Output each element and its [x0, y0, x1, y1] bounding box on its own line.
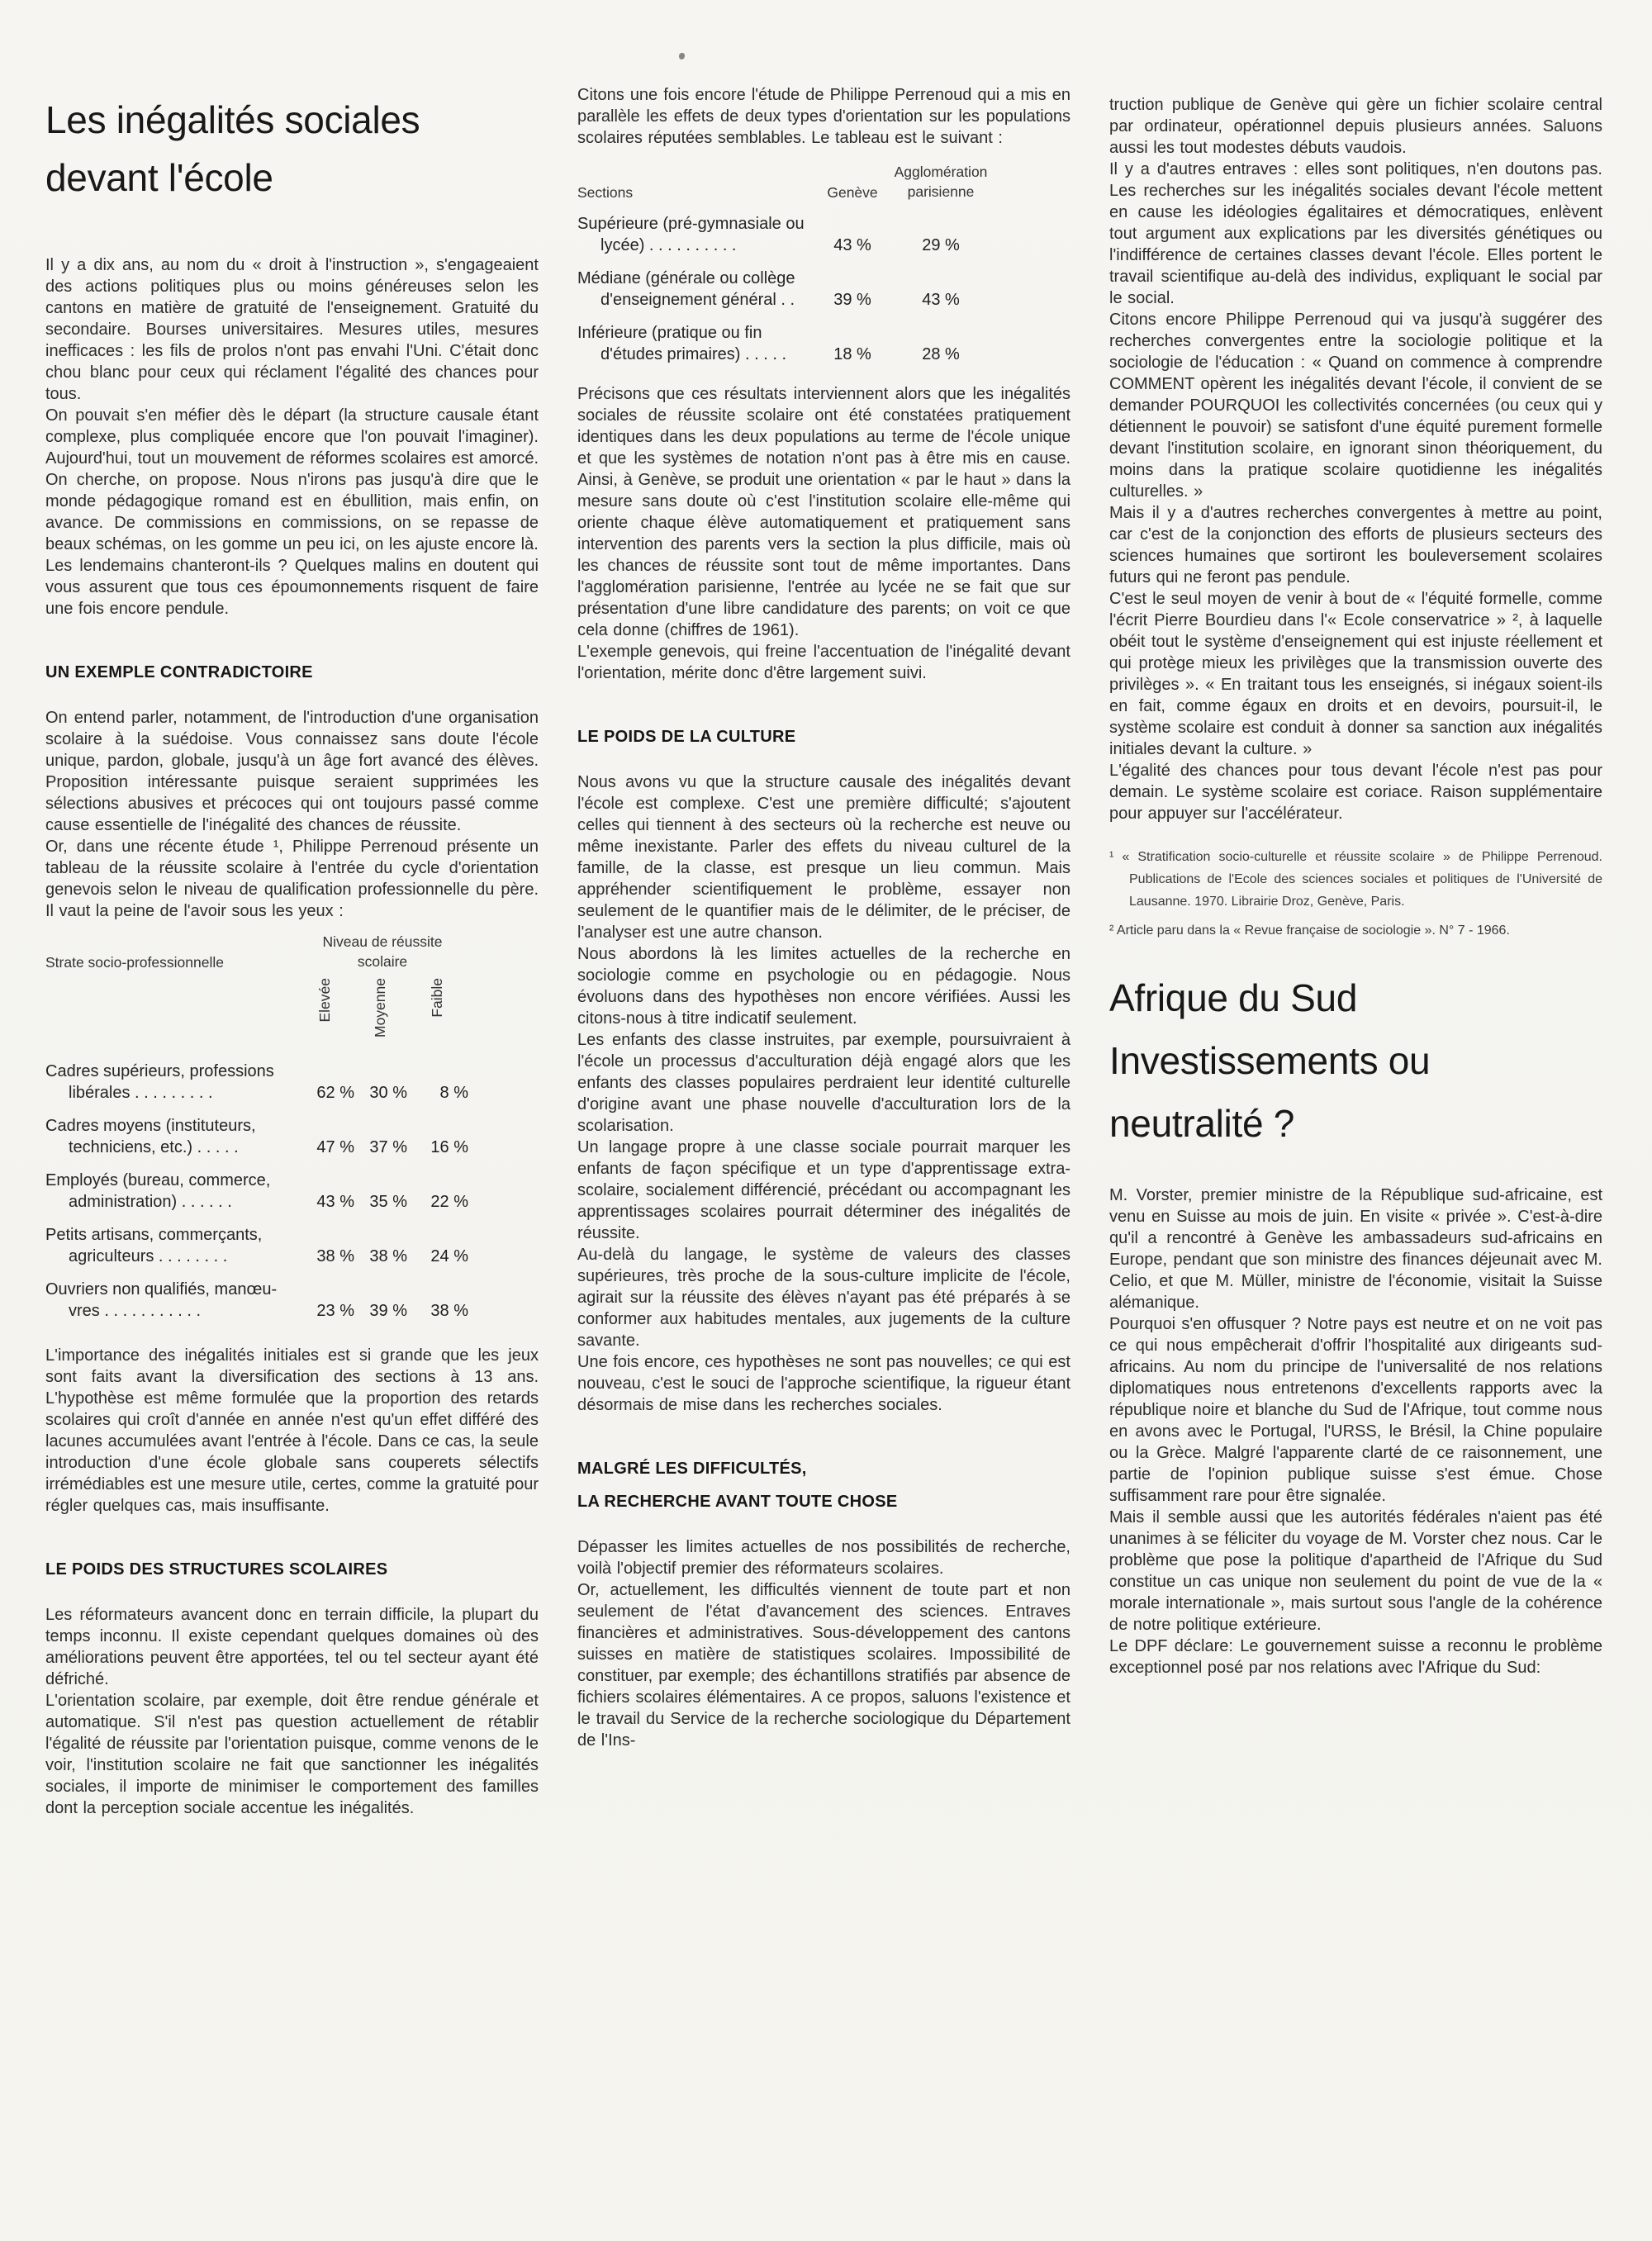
section-heading-recherche: MALGRÉ LES DIFFICULTÉS, LA RECHERCHE AVA… — [577, 1452, 1070, 1518]
table-header-sections: Sections — [577, 183, 818, 202]
article1-paragraph: L'exemple genevois, qui freine l'accentu… — [577, 641, 1070, 684]
table-level-faible: Faible — [430, 978, 445, 1018]
article1-paragraph: L'orientation scolaire, par exemple, doi… — [45, 1690, 539, 1819]
article2-paragraph: Pourquoi s'en offusquer ? Notre pays est… — [1109, 1313, 1602, 1507]
table-level-elevee: Elevée — [318, 978, 333, 1023]
row-value-elevee: 38 % — [297, 1246, 354, 1267]
row-value-moyenne: 35 % — [354, 1191, 407, 1213]
row-value-geneve: 43 % — [818, 235, 887, 256]
table-sections-orientation: Sections Genève Agglomération parisienne… — [577, 162, 995, 365]
table-header-strate: Strate socio-professionnelle — [45, 953, 297, 971]
row-value-moyenne: 30 % — [354, 1082, 407, 1104]
article1-paragraph: Les lendemains chanteront-ils ? Quelques… — [45, 555, 539, 620]
row-value-paris: 28 % — [887, 344, 995, 365]
article1-paragraph: C'est le seul moyen de venir à bout de «… — [1109, 588, 1602, 760]
row-value-faible: 16 % — [407, 1137, 468, 1158]
article2-paragraph: Mais il semble aussi que les autorités f… — [1109, 1507, 1602, 1636]
article1-title: Les inégalités sociales devant l'école — [45, 91, 539, 207]
row-label: Cadres moyens (instituteurs, techniciens… — [45, 1115, 297, 1158]
footnote-1: ¹ « Stratification socio-culturelle et r… — [1109, 846, 1602, 913]
table-header-geneve: Genève — [818, 183, 887, 202]
article1-paragraph: Or, actuellement, les difficultés vienne… — [577, 1579, 1070, 1751]
row-value-faible: 38 % — [407, 1300, 468, 1322]
article1-paragraph: Or, dans une récente étude ¹, Philippe P… — [45, 836, 539, 922]
table-row: Cadres moyens (instituteurs, techniciens… — [45, 1115, 468, 1158]
article1-paragraph: Citons une fois encore l'étude de Philip… — [577, 84, 1070, 149]
table-sections-header: Sections Genève Agglomération parisienne — [577, 162, 995, 202]
table-row: Petits artisans, commerçants, agriculteu… — [45, 1224, 468, 1267]
article2-title: Afrique du Sud Investissements ou neutra… — [1109, 966, 1602, 1155]
table-reussite-scolaire: Strate socio-professionnelle Niveau de r… — [45, 932, 468, 1322]
row-label: Petits artisans, commerçants, agriculteu… — [45, 1224, 297, 1267]
row-label: Supérieure (pré-gymnasiale ou lycée) . .… — [577, 213, 818, 256]
row-value-paris: 29 % — [887, 235, 995, 256]
article1-paragraph: L'importance des inégalités initiales es… — [45, 1345, 539, 1517]
table-header-niveau: Niveau de réussite scolaire — [297, 932, 468, 971]
article1-paragraph: Au-delà du langage, le système de valeur… — [577, 1244, 1070, 1351]
article1-paragraph: Les réformateurs avancent donc en terrai… — [45, 1604, 539, 1690]
row-label: Ouvriers non qualifiés, manœu- vres . . … — [45, 1279, 297, 1322]
article1-paragraph: On entend parler, notamment, de l'introd… — [45, 707, 539, 836]
row-value-moyenne: 38 % — [354, 1246, 407, 1267]
row-value-geneve: 18 % — [818, 344, 887, 365]
row-value-paris: 43 % — [887, 289, 995, 311]
table-row: Employés (bureau, commerce, administrati… — [45, 1170, 468, 1213]
article1-paragraph: Un langage propre à une classe sociale p… — [577, 1137, 1070, 1244]
article1-paragraph: Les enfants des classe instruites, par e… — [577, 1029, 1070, 1137]
row-label: Cadres supérieurs, professions libérales… — [45, 1061, 297, 1104]
article1-paragraph: Il y a dix ans, au nom du « droit à l'in… — [45, 254, 539, 405]
row-value-elevee: 43 % — [297, 1191, 354, 1213]
row-label: Médiane (générale ou collège d'enseignem… — [577, 268, 818, 311]
row-value-elevee: 23 % — [297, 1300, 354, 1322]
table-row: Supérieure (pré-gymnasiale ou lycée) . .… — [577, 213, 995, 256]
article1-paragraph: Précisons que ces résultats interviennen… — [577, 383, 1070, 641]
row-label: Employés (bureau, commerce, administrati… — [45, 1170, 297, 1213]
row-value-geneve: 39 % — [818, 289, 887, 311]
row-value-moyenne: 39 % — [354, 1300, 407, 1322]
table-row: Ouvriers non qualifiés, manœu- vres . . … — [45, 1279, 468, 1322]
article1-paragraph: L'égalité des chances pour tous devant l… — [1109, 760, 1602, 824]
row-value-elevee: 62 % — [297, 1082, 354, 1104]
article1-paragraph: On pouvait s'en méfier dès le départ (la… — [45, 405, 539, 555]
table-reussite-header: Strate socio-professionnelle Niveau de r… — [45, 932, 468, 971]
article1-paragraph: Nous avons vu que la structure causale d… — [577, 772, 1070, 943]
row-value-faible: 22 % — [407, 1191, 468, 1213]
row-value-faible: 24 % — [407, 1246, 468, 1267]
column-right: truction publique de Genève qui gère un … — [1109, 48, 1602, 1819]
article1-paragraph: truction publique de Genève qui gère un … — [1109, 94, 1602, 159]
section-heading-structures-scolaires: LE POIDS DES STRUCTURES SCOLAIRES — [45, 1553, 539, 1586]
column-layout: Les inégalités sociales devant l'école I… — [0, 0, 1652, 1819]
column-left: Les inégalités sociales devant l'école I… — [45, 48, 539, 1819]
row-label: Inférieure (pratique ou fin d'études pri… — [577, 322, 818, 365]
footnote-2: ² Article paru dans la « Revue française… — [1109, 919, 1602, 942]
row-value-faible: 8 % — [407, 1082, 468, 1104]
article1-paragraph: Nous abordons là les limites actuelles d… — [577, 943, 1070, 1029]
magazine-page: Les inégalités sociales devant l'école I… — [0, 0, 1652, 2241]
table-level-labels: Elevée Moyenne Faible — [45, 978, 468, 1051]
article1-paragraph: Il y a d'autres entraves : elles sont po… — [1109, 159, 1602, 309]
section-heading-exemple-contradictoire: UN EXEMPLE CONTRADICTOIRE — [45, 656, 539, 689]
table-header-agglomeration: Agglomération parisienne — [887, 162, 995, 202]
article1-paragraph: Mais il y a d'autres recherches converge… — [1109, 502, 1602, 588]
row-value-elevee: 47 % — [297, 1137, 354, 1158]
article1-paragraph: Citons encore Philippe Perrenoud qui va … — [1109, 309, 1602, 502]
article2-paragraph: M. Vorster, premier ministre de la Répub… — [1109, 1185, 1602, 1313]
table-row: Inférieure (pratique ou fin d'études pri… — [577, 322, 995, 365]
article2-paragraph: Le DPF déclare: Le gouvernement suisse a… — [1109, 1636, 1602, 1678]
table-level-moyenne: Moyenne — [373, 978, 388, 1037]
article1-paragraph: Une fois encore, ces hypothèses ne sont … — [577, 1351, 1070, 1416]
table-row: Médiane (générale ou collège d'enseignem… — [577, 268, 995, 311]
article1-paragraph: Dépasser les limites actuelles de nos po… — [577, 1536, 1070, 1579]
column-middle: Citons une fois encore l'étude de Philip… — [577, 48, 1070, 1819]
table-row: Cadres supérieurs, professions libérales… — [45, 1061, 468, 1104]
row-value-moyenne: 37 % — [354, 1137, 407, 1158]
section-heading-poids-culture: LE POIDS DE LA CULTURE — [577, 720, 1070, 753]
